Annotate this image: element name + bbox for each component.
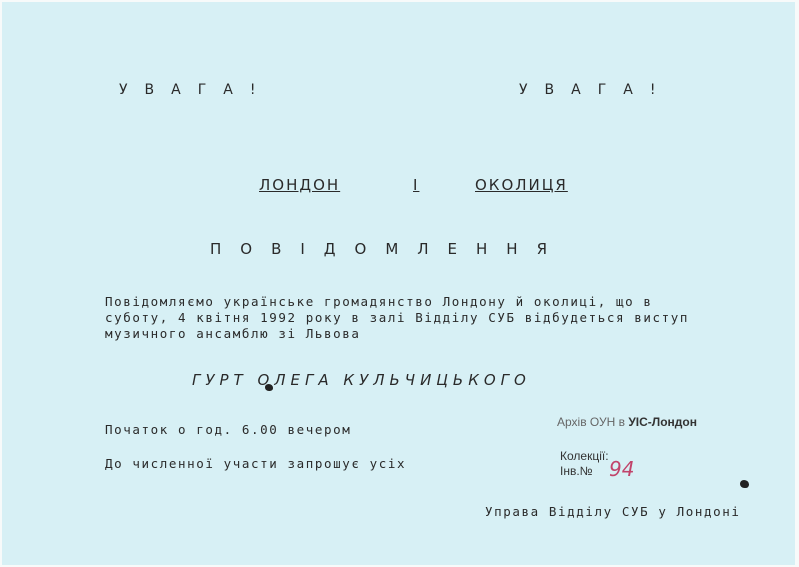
ink-blot	[265, 384, 273, 391]
invitation-text: До численної участи запрошує усіх	[105, 456, 406, 472]
start-time: Початок о год. 6.00 вечером	[105, 422, 351, 438]
archive-stamp: Архів ОУН в УІС-Лондон	[557, 415, 697, 429]
title-surroundings: ОКОЛИЦЯ	[475, 176, 568, 194]
ink-blot	[740, 480, 749, 488]
archive-name: УІС-Лондон	[628, 415, 697, 429]
document-page: УВАГА! УВАГА! ЛОНДОН І ОКОЛИЦЯ ПОВІДОМЛЕ…	[2, 2, 795, 565]
title-and: І	[413, 176, 419, 194]
attention-heading-right: УВАГА!	[519, 82, 672, 98]
band-name: ГУРТ ОЛЕГА КУЛЬЧИЦЬКОГО	[192, 371, 531, 389]
title-london: ЛОНДОН	[259, 176, 340, 194]
notice-heading: ПОВІДОМЛЕННЯ	[210, 240, 566, 258]
collection-label: Колекції:	[560, 449, 609, 463]
body-line-3: музичного ансамблю зі Львова	[105, 326, 361, 342]
body-line-2: суботу, 4 квітня 1992 року в залі Відділ…	[105, 310, 689, 326]
archive-prefix: Архів ОУН в	[557, 415, 628, 429]
inventory-number: 94	[609, 457, 634, 481]
body-line-1: Повідомляємо українське громадянство Лон…	[105, 294, 653, 310]
attention-heading-left: УВАГА!	[119, 82, 272, 98]
inventory-label: Інв.№	[560, 464, 593, 478]
signature: Управа Відділу СУБ у Лондоні	[485, 504, 741, 520]
